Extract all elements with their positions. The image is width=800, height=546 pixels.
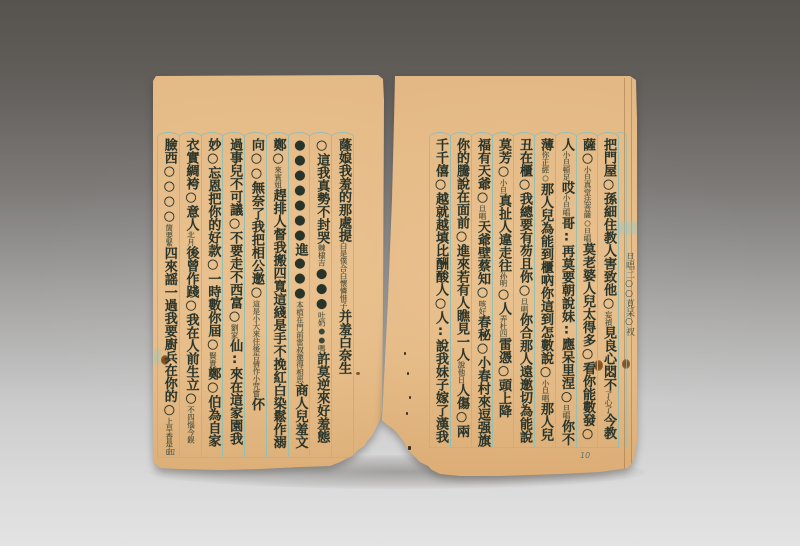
text-segment: 旦唱 [478,205,487,220]
text-segment: 哥:再莫要朝說妹:應呆里涅○ [559,217,574,405]
text-column: 人小旦頓足哎小旦唱哥:再莫要朝說妹:應呆里涅○旦唱你不輕 [555,132,577,448]
speck [408,446,411,450]
text-segment: 旦唱 [562,405,571,420]
speck [407,372,409,375]
text-segment: 你的騰說在面前○進來若有人瞧見一人 [454,138,469,361]
page-number-right: 10 [580,451,590,460]
text-segment: 孙明 [499,272,508,287]
text-segment: 那人兒為能到櫃吶 [538,183,553,287]
text-segment: 了心了 [604,391,613,414]
text-segment: 你這到怎數說○ [538,287,553,380]
text-segment: 妄禎 [604,311,613,326]
text-segment: 莫老婆人兒太得多○看你能數發○ [580,243,595,442]
text-segment: 小旦 [583,166,592,181]
text-segment: 莫芳○ [496,138,511,179]
text-segment: 丑在櫃○我總要有芴且你○ [517,138,532,298]
right-page: 把門屋○孫細住教人害致他○妄禎見良心悶不了心了今教今法是 薩○小旦真堂法菩薩○旦… [0,0,800,546]
text-column: 你的騰說在面前○進來若有人瞧見一人說他日人傷○兩人傳 [450,132,472,448]
text-column: 薩○小旦真堂法菩薩○旦唱莫老婆人兒太得多○看你能數發○ [576,132,598,448]
text-column: 丑在櫃○我總要有芴且你○旦唱你合那人遠邀切為能說你 [513,132,535,448]
text-segment: 旦唱 [520,298,529,313]
text-column: 薄你正經○那人兒為能到櫃吶你這到怎數說○小旦唱那人兒難 [534,132,556,448]
text-segment: 千千僖○越就越填比酬酸人○ [433,138,448,311]
text-segment: 咳好 [478,300,487,315]
text-segment: 福有天爺○ [475,138,490,205]
text-segment: 見良心悶不 [601,326,616,391]
right-page-wrapper: 把門屋○孫細住教人害致他○妄禎見良心悶不了心了今教今法是 薩○小旦真堂法菩薩○旦… [0,0,800,546]
speck [406,412,408,415]
text-segment: 真扯人違走往 [496,194,511,272]
text-segment: 把門屋○孫細住教人害致他○ [601,138,616,311]
text-segment: 小旦 [499,179,508,194]
right-page-text-grid: 把門屋○孫細住教人害致他○妄禎見良心悶不了心了今教今法是 薩○小旦真堂法菩薩○旦… [430,132,619,448]
text-column: 把門屋○孫細住教人害致他○妄禎見良心悶不了心了今教今法是 [597,132,619,448]
text-segment: ○人 [496,287,511,315]
text-segment: 弄杜四 [499,315,508,338]
text-segment: 小旦唱 [541,380,550,403]
text-segment: 薄 [538,138,553,151]
text-segment: 天爺壁蔡知○ [475,220,490,300]
text-segment: 人 [559,138,574,151]
speck [404,352,406,355]
text-segment: 哎 [559,181,574,194]
speck [409,396,411,399]
text-segment: 真堂法菩薩○旦唱 [583,181,592,243]
text-segment: 薩○ [580,138,595,166]
text-segment: 小旦頓足 [562,151,571,181]
text-segment: 雷憑○頭上降 [496,338,511,418]
text-segment: 你正經○ [541,151,550,183]
text-column: 莫芳○小旦真扯人違走往孙明○人弄杜四雷憑○頭上降 [492,132,514,448]
text-segment: 說他日 [457,361,466,384]
underlying-page-margin-note: 旦唱二○○莧呆○衩 [623,252,635,432]
text-segment: 小旦唱 [562,194,571,217]
text-segment: 人:說我妹子嫁了漢我 [433,311,448,443]
text-column: 福有天爺○旦唱天爺壁蔡知○咳好春秘○小春村來逗强旗○ [471,132,493,448]
text-column: 千千僖○越就越填比酬酸人○人:說我妹子嫁了漢我薄若當 [429,132,451,448]
